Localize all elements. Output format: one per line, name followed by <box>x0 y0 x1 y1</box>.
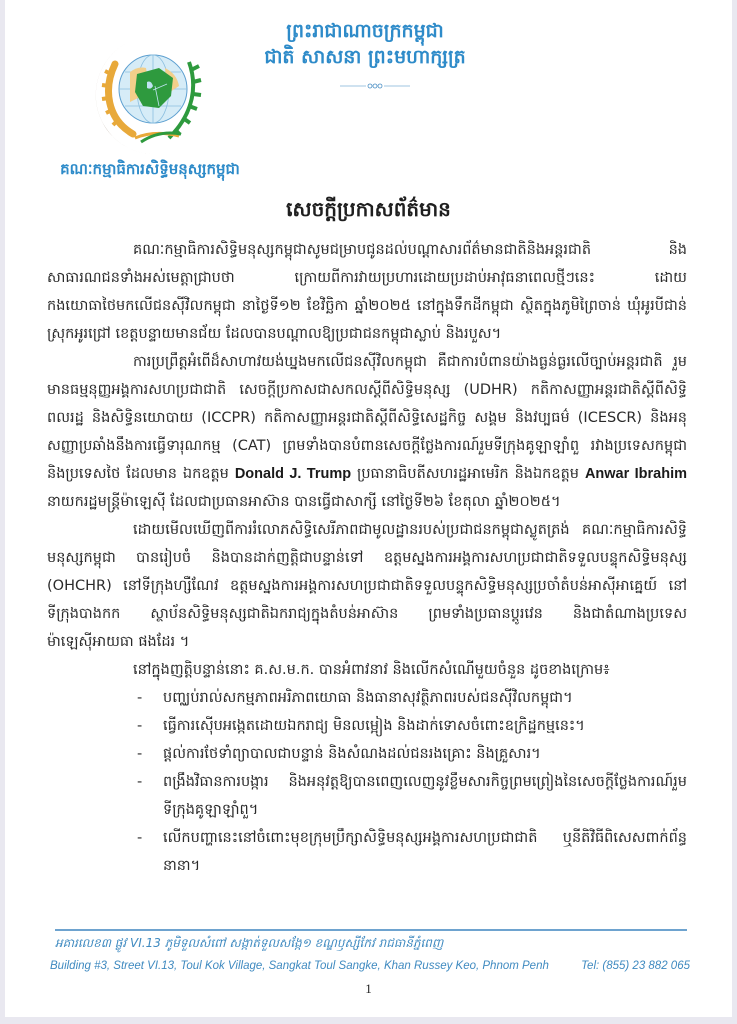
footer-address-english: Building #3, Street VI.13, Toul Kok Vill… <box>50 960 549 972</box>
list-item: -បញ្ឈប់រាល់សកម្មភាពអរិភាពយោធា និងធានាសុវ… <box>133 684 687 712</box>
paragraph-2: ការប្រព្រឹត្តអំពើដ៏សាហាវយង់ឃ្នងមកលើជនស៊ី… <box>47 348 687 516</box>
footer-address-khmer: អគារលេខ៣ ផ្លូវ VI.13 ភូមិទួលសំពៅ សង្កាត់… <box>55 935 443 953</box>
globe-cambodia-map-wreath-icon <box>85 34 215 154</box>
organization-name: គណៈកម្មាធិការសិទ្ធិមនុស្សកម្ពុជា <box>35 160 265 182</box>
list-item: -ធ្វើការស៊ើបអង្កេតដោយឯករាជ្យ មិនលម្អៀង ន… <box>133 712 687 740</box>
paragraph-2-part-2: ប្រធានាធិបតីសហរដ្ឋអាមេរិក និងឯកឧត្តម <box>351 466 585 482</box>
paragraph-2-part-1: ការប្រព្រឹត្តអំពើដ៏សាហាវយង់ឃ្នងមកលើជនស៊ី… <box>47 354 687 482</box>
bullet-dash: - <box>137 768 142 796</box>
bullet-dash: - <box>137 684 142 712</box>
list-item-text: ផ្តល់ការថែទាំព្យាបាលជាបន្ទាន់ និងសំណងដល់… <box>163 746 541 762</box>
kingdom-motto: ព្រះរាជាណាចក្រកម្ពុជា ជាតិ សាសនា ព្រះមហា… <box>245 18 485 70</box>
list-item: -ពង្រឹងវិធានការបង្ការ និងអនុវត្តឱ្យបានពេ… <box>133 768 687 824</box>
document-title: សេចក្តីប្រកាសព័ត៌មាន <box>5 196 732 226</box>
name-anwar-ibrahim: Anwar Ibrahim <box>585 466 687 482</box>
list-intro: នៅក្នុងញត្តិបន្ទាន់នោះ គ.ស.ម.ក. បានអំពាវ… <box>47 656 687 684</box>
footer-divider <box>55 929 687 931</box>
kingdom-line-1: ព្រះរាជាណាចក្រកម្ពុជា <box>245 18 485 44</box>
list-item-text: បញ្ឈប់រាល់សកម្មភាពអរិភាពយោធា និងធានាសុវត… <box>163 690 573 706</box>
demands-list: -បញ្ឈប់រាល់សកម្មភាពអរិភាពយោធា និងធានាសុវ… <box>133 684 687 880</box>
footer-telephone: Tel: (855) 23 882 065 <box>581 960 690 972</box>
bullet-dash: - <box>137 740 142 768</box>
list-item: -លើកបញ្ហានេះនៅចំពោះមុខក្រុមប្រឹក្សាសិទ្ធ… <box>133 824 687 880</box>
paragraph-1: គណៈកម្មាធិការសិទ្ធិមនុស្សកម្ពុជាសូមជម្រា… <box>47 236 687 348</box>
paragraph-3: ដោយមើលឃើញពីការរំលោភសិទ្ធិសេរីភាពជាមូលដ្ឋ… <box>47 516 687 656</box>
ornament-divider-icon <box>340 83 410 89</box>
kingdom-line-2: ជាតិ សាសនា ព្រះមហាក្សត្រ <box>245 44 485 70</box>
bullet-dash: - <box>137 824 142 852</box>
list-item: -ផ្តល់ការថែទាំព្យាបាលជាបន្ទាន់ និងសំណងដល… <box>133 740 687 768</box>
page-number: 1 <box>5 981 732 997</box>
logo-block: គណៈកម្មាធិការសិទ្ធិមនុស្សកម្ពុជា <box>35 34 265 189</box>
document-body: គណៈកម្មាធិការសិទ្ធិមនុស្សកម្ពុជាសូមជម្រា… <box>47 236 687 880</box>
document-page: គណៈកម្មាធិការសិទ្ធិមនុស្សកម្ពុជា ព្រះរាជ… <box>5 0 732 1017</box>
list-item-text: លើកបញ្ហានេះនៅចំពោះមុខក្រុមប្រឹក្សាសិទ្ធិ… <box>163 830 687 874</box>
paragraph-2-part-3: នាយករដ្ឋមន្ត្រីម៉ាឡេស៊ី ដែលជាប្រធានអាស៊ា… <box>47 494 561 510</box>
list-item-text: ពង្រឹងវិធានការបង្ការ និងអនុវត្តឱ្យបានពេញ… <box>163 774 687 818</box>
bullet-dash: - <box>137 712 142 740</box>
list-item-text: ធ្វើការស៊ើបអង្កេតដោយឯករាជ្យ មិនលម្អៀង និ… <box>163 718 585 734</box>
name-donald-trump: Donald J. Trump <box>235 466 351 482</box>
